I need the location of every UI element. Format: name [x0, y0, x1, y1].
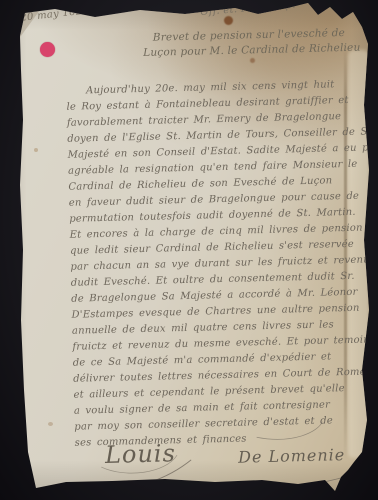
photo-background: 20 may 1628 Off. et. Franc 4 p. Brevet d…	[0, 0, 378, 500]
manuscript-body: Aujourd'huy 20e. may mil six cens vingt …	[66, 76, 375, 451]
signature-lomenie: De Lomenie	[238, 445, 346, 467]
date-annotation: 20 may 1628	[20, 5, 90, 24]
ink-stain	[146, 3, 155, 11]
archival-annotation: Off. et. Franc 4 p.	[200, 0, 296, 18]
title-line: Brevet de pension sur l'evesché de	[153, 27, 361, 44]
document-title: Brevet de pension sur l'evesché de Luçon…	[153, 27, 361, 59]
handwriting-layer: 20 may 1628 Off. et. Franc 4 p. Brevet d…	[0, 0, 378, 500]
signature-louis: Louis	[105, 439, 177, 469]
title-line: Luçon pour M. le Cardinal de Richelieu	[143, 42, 361, 59]
manuscript-page: 20 may 1628 Off. et. Franc 4 p. Brevet d…	[0, 0, 378, 500]
